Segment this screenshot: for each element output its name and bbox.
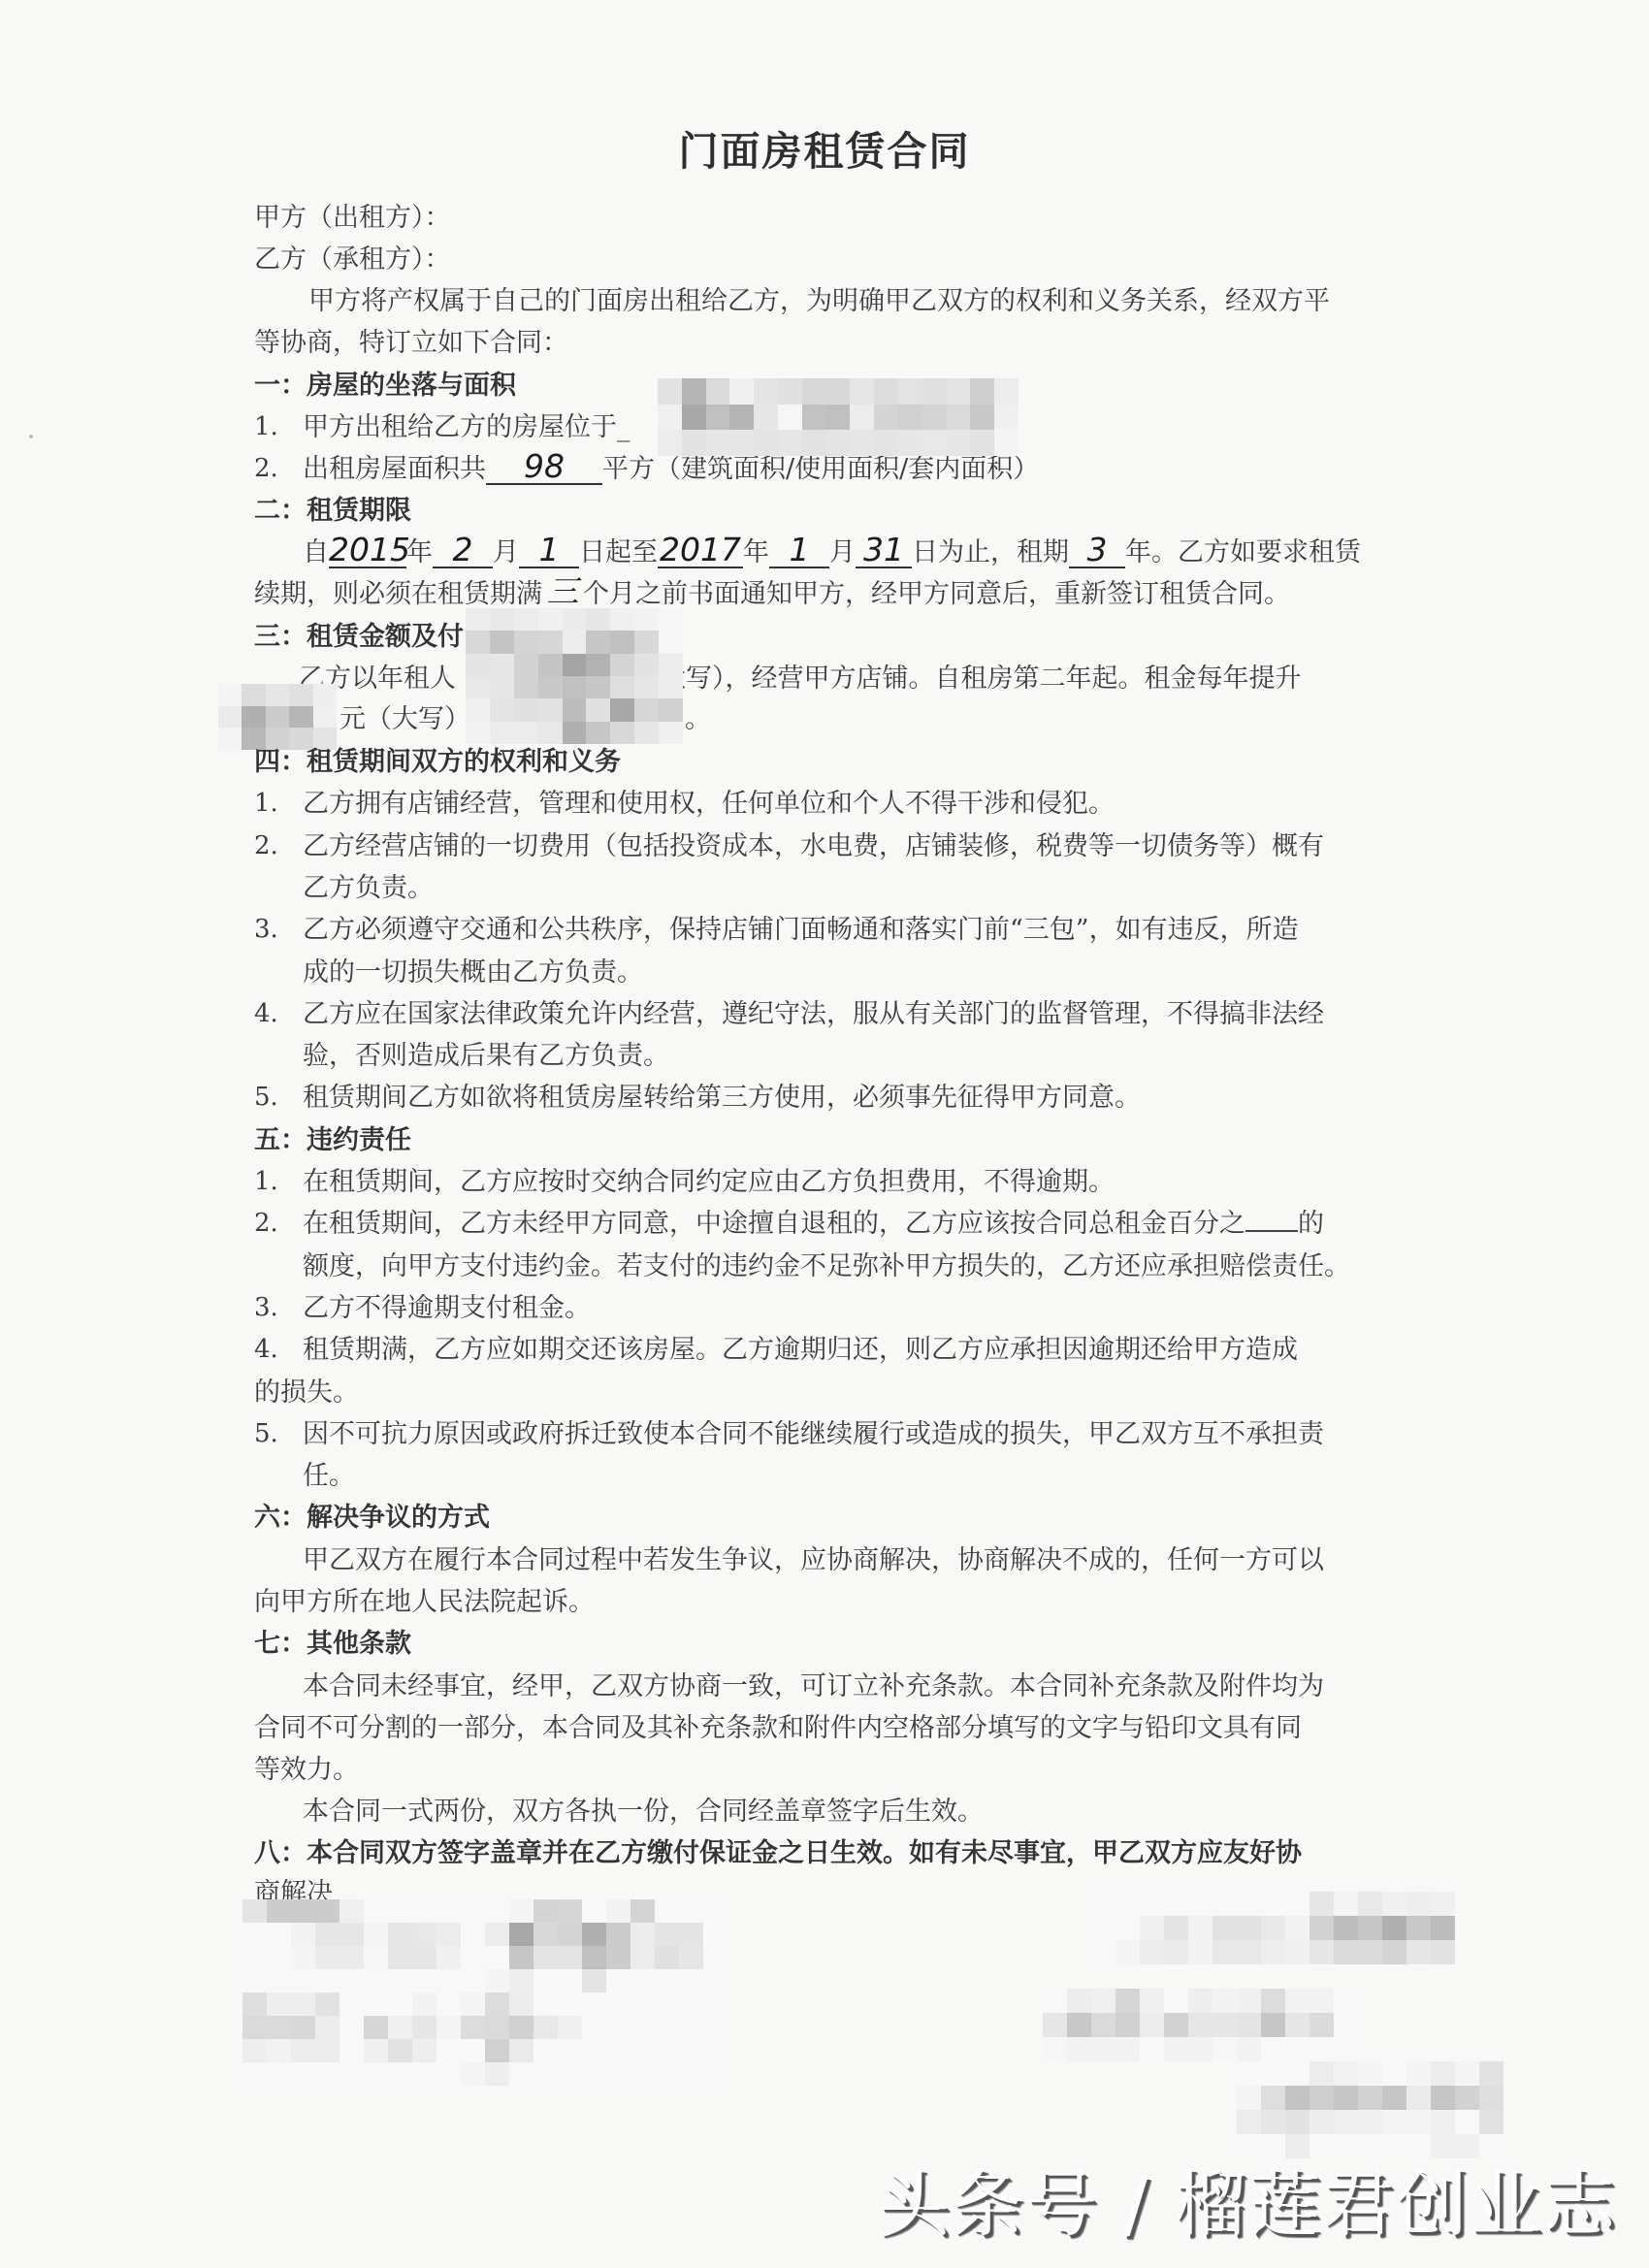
redacted-signature-party-a [242, 1899, 727, 2086]
redacted-address [658, 378, 1018, 456]
list-number: 5. [254, 1413, 278, 1455]
section-4-heading: 四：租赁期间双方的权利和义务 [254, 741, 621, 783]
renewal-line: 续期，则必须在租赁期满三个月之前书面通知甲方，经甲方同意后，重新签订租赁合同。 [254, 573, 1290, 615]
breach-item-5: 因不可抗力原因或政府拆迁致使本合同不能继续履行或造成的损失，甲乙双方互不承担责 [303, 1413, 1324, 1455]
breach-item-1: 在租赁期间，乙方应按时交纳合同约定应由乙方负担费用，不得逾期。 [303, 1161, 1115, 1203]
rights-item-2-cont: 乙方负责。 [303, 867, 434, 909]
section-2-heading: 二：租赁期限 [254, 490, 411, 532]
intro-line-1: 甲方将产权属于自己的门面房出租给乙方，为明确甲乙双方的权利和义务关系，经双方平 [308, 280, 1330, 322]
party-a-label: 甲方（出租方）： [254, 197, 451, 239]
section-7-heading: 七：其他条款 [254, 1623, 411, 1665]
lease-term-line: 自2015年2月1日起至2017年1月31日为止，租期3年。乙方如要求租赁 [303, 532, 1361, 573]
breach-item-3: 乙方不得逾期支付租金。 [303, 1287, 591, 1329]
other-terms-line-2: 合同不可分割的一部分，本合同及其补充条款和附件内空格部分填写的文字与铅印文具有同 [254, 1707, 1302, 1749]
text: 续期，则必须在租赁期满 [254, 579, 542, 609]
text: 年。乙方如要求租赁 [1125, 537, 1361, 567]
text: 日为止，租期 [912, 537, 1069, 567]
breach-item-4-cont: 的损失。 [254, 1372, 359, 1413]
rights-item-4-cont: 验，否则造成后果有乙方负责。 [303, 1035, 669, 1077]
handwritten-end-month: 1 [769, 534, 829, 568]
list-number: 3. [254, 1287, 278, 1329]
redacted-rent-increase [218, 684, 337, 750]
rights-item-3: 乙方必须遵守交通和公共秩序，保持店铺门面畅通和落实门前“三包”，如有违反，所造 [303, 909, 1299, 951]
location-clause: 甲方出租给乙方的房屋位于_ [303, 406, 630, 448]
area-clause-prefix: 出租房屋面积共 [303, 454, 486, 484]
breach-item-2: 在租赁期间，乙方未经甲方同意，中途擅自退租的，乙方应该按合同总租金百分之的 [303, 1203, 1324, 1245]
handwritten-area: 98 [486, 450, 602, 485]
rights-item-3-cont: 成的一切损失概由乙方负责。 [303, 952, 643, 993]
list-number: 3. [254, 909, 278, 951]
intro-line-2: 等协商，特订立如下合同： [254, 322, 568, 364]
handwritten-start-day: 1 [519, 534, 579, 568]
list-number: 5. [254, 1077, 278, 1118]
text: 月 [829, 537, 856, 567]
text: 个月之前书面通知甲方，经甲方同意后，重新签订租赁合同。 [583, 579, 1290, 609]
handwritten-term-years: 3 [1069, 534, 1125, 568]
rent-line-2a: 元（大写） [339, 698, 470, 740]
dispute-line-1: 甲乙双方在履行本合同过程中若发生争议，应协商解决，协商解决不成的，任何一方可以 [303, 1539, 1324, 1581]
redacted-rent-amount [466, 608, 683, 744]
area-clause-suffix: 平方（建筑面积/使用面积/套内面积） [602, 454, 1039, 484]
text: 年 [406, 537, 433, 567]
section-6-heading: 六：解决争议的方式 [254, 1497, 490, 1539]
text: 日起至 [579, 537, 658, 567]
other-terms-line-3: 等效力。 [254, 1749, 359, 1791]
handwritten-start-year: 2015 [329, 534, 406, 568]
rent-line-2b: 。 [685, 698, 711, 740]
breach-item-4: 租赁期满，乙方应如期交还该房屋。乙方逾期归还，则乙方应承担因逾期还给甲方造成 [303, 1329, 1298, 1371]
rights-item-2: 乙方经营店铺的一切费用（包括投资成本，水电费，店铺装修，税费等一切债务等）概有 [303, 826, 1324, 867]
handwritten-end-day: 31 [856, 534, 912, 568]
watermark-text: 头条号 / 榴莲君创业志 [878, 2161, 1617, 2249]
list-number: 2. [254, 826, 278, 867]
list-number: 1. [254, 1161, 278, 1203]
text: 的 [1298, 1209, 1324, 1239]
handwritten-end-year: 2017 [658, 534, 743, 568]
rights-item-4: 乙方应在国家法律政策允许内经营，遵纪守法，服从有关部门的监督管理，不得搞非法经 [303, 993, 1324, 1035]
scan-speck [29, 435, 33, 438]
breach-item-2-cont: 额度，向甲方支付违约金。若支付的违约金不足弥补甲方损失的，乙方还应承担赔偿责任。 [303, 1246, 1350, 1287]
party-b-label: 乙方（承租方）： [254, 239, 451, 280]
handwritten-start-month: 2 [433, 534, 493, 568]
text: 年 [743, 537, 769, 567]
dispute-line-2: 向甲方所在地人民法院起诉。 [254, 1581, 595, 1623]
other-terms-line-1: 本合同未经事宜，经甲，乙双方协商一致，可订立补充条款。本合同补充条款及附件均为 [303, 1666, 1324, 1707]
text: 自 [303, 537, 329, 567]
text: 月 [493, 537, 519, 567]
redacted-signature-date [1237, 2061, 1503, 2158]
list-number: 4. [254, 993, 278, 1035]
rights-item-5: 租赁期间乙方如欲将租赁房屋转给第三方使用，必须事先征得甲方同意。 [303, 1077, 1141, 1118]
section-1-heading: 一：房屋的坐落与面积 [254, 365, 516, 406]
other-terms-line-4: 本合同一式两份，双方各执一份，合同经盖章签字后生效。 [303, 1791, 984, 1832]
document-title: 门面房租赁合同 [0, 122, 1649, 180]
redacted-signature-party-b [1091, 1892, 1455, 1964]
handwritten-notice-months: 三 [542, 575, 583, 610]
list-number: 4. [254, 1329, 278, 1371]
rights-item-1: 乙方拥有店铺经营，管理和使用权，任何单位和个人不得干涉和侵犯。 [303, 783, 1115, 825]
list-number: 2. [254, 448, 278, 490]
redacted-signature-party-b-2 [1043, 1989, 1358, 2061]
text: 在租赁期间，乙方未经甲方同意，中途擅自退租的，乙方应该按合同总租金百分之 [303, 1209, 1245, 1239]
rent-line-1b: 大写），经营甲方店铺。自租房第二年起。租金每年提升 [660, 658, 1302, 699]
breach-item-5-cont: 任。 [303, 1455, 355, 1497]
section-3-heading: 三：租赁金额及付 [254, 616, 464, 658]
section-5-heading: 五：违约责任 [254, 1119, 411, 1161]
section-8-heading: 八：本合同双方签字盖章并在乙方缴付保证金之日生效。如有未尽事宜，甲乙双方应友好协 [254, 1832, 1302, 1874]
list-number: 2. [254, 1203, 278, 1245]
list-number: 1. [254, 783, 278, 825]
scanned-contract-page: 门面房租赁合同 甲方（出租方）： 乙方（承租方）： 甲方将产权属于自己的门面房出… [0, 0, 1649, 2268]
penalty-percent-blank [1245, 1205, 1298, 1232]
list-number: 1. [254, 406, 278, 448]
